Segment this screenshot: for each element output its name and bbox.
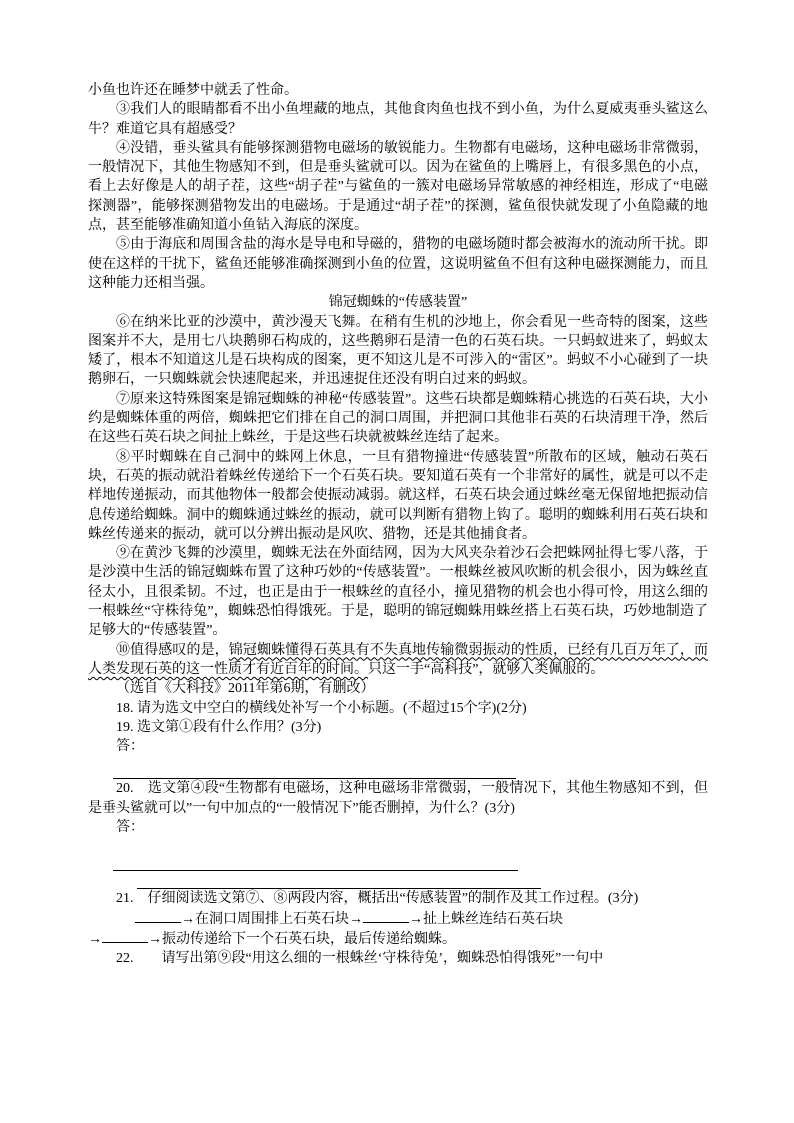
paragraph-10: ⑩值得感叹的是，锦冠蜘蛛懂得石英具有不失真地传输微弱振动的性质，已经有几百万年了… <box>88 641 708 680</box>
flow-step-3: 振动传递给下一个石英石块，最后传递给蜘蛛。 <box>162 932 456 947</box>
flow-blank-1[interactable] <box>135 909 181 923</box>
flow-arrow: → <box>181 912 195 927</box>
paragraph-7: ⑦原来这特殊图案是锦冠蜘蛛的神秘“传感装置”。这些石块都是蜘蛛精心挑选的石英石块… <box>88 390 708 448</box>
paragraph-lead-tail: 小鱼也许还在睡梦中就丢了性命。 <box>88 81 708 100</box>
document-content: 小鱼也许还在睡梦中就丢了性命。 ③我们人的眼睛都看不出小鱼埋藏的地点，其他食肉鱼… <box>88 81 708 968</box>
flow-arrow: → <box>409 912 423 927</box>
source-attribution: （选自《大科技》2011年第6期，有删改） <box>88 679 708 698</box>
paragraph-4: ④没错，垂头鲨具有能够探测猎物电磁场的敏锐能力。生物都有电磁场，这种电磁场非常微… <box>88 139 708 235</box>
flowchart-row-2: →→振动传递给下一个石英石块，最后传递给蜘蛛。 <box>88 929 708 949</box>
flow-step-2: 扯上蛛丝连结石英石块 <box>423 912 563 927</box>
flow-blank-3[interactable] <box>102 929 148 943</box>
question-19: 19. 选文第①段有什么作用？(3分) <box>88 718 708 737</box>
answer-label-q20: 答： <box>88 818 708 837</box>
paragraph-6: ⑥在纳米比亚的沙漠中，黄沙漫天飞舞。在稍有生机的沙地上，你会看见一些奇特的图案，… <box>88 313 708 390</box>
document-page: 小鱼也许还在睡梦中就丢了性命。 ③我们人的眼睛都看不出小鱼埋藏的地点，其他食肉鱼… <box>0 0 794 1123</box>
paragraph-10-suffix: 只这一手“高科技”，就够人类佩服的。 <box>368 662 604 677</box>
flow-arrow: → <box>88 932 102 947</box>
paragraph-10-prefix: ⑩值得感叹的是， <box>116 643 229 658</box>
paragraph-9: ⑨在黄沙飞舞的沙漠里，蜘蛛无法在外面结网，因为大风夹杂着沙石会把蛛网扯得七零八落… <box>88 544 708 640</box>
question-20: 20. 选文第④段“生物都有电磁场，这种电磁场非常微弱，一般情况下，其他生物感知… <box>88 779 708 818</box>
answer-blank-line-q19[interactable] <box>113 759 516 779</box>
answer-blank-line-q20-1[interactable] <box>113 851 518 871</box>
question-22: 22. 请写出第⑨段“用这么细的一根蛛丝‘守株待兔’，蜘蛛恐怕得饿死”一句中 <box>88 949 708 968</box>
article-subtitle: 锦冠蜘蛛的“传感装置” <box>88 293 708 312</box>
flow-arrow: → <box>349 912 363 927</box>
flowchart-row-1: →在洞口周围排上石英石块→→扯上蛛丝连结石英石块 <box>135 909 708 929</box>
flow-arrow: → <box>148 932 162 947</box>
paragraph-5: ⑤由于海底和周围含盐的海水是导电和导磁的，猎物的电磁场随时都会被海水的流动所干扰… <box>88 235 708 293</box>
answer-blank-line-q20-2[interactable] <box>137 871 541 889</box>
flow-step-1: 在洞口周围排上石英石块 <box>195 912 349 927</box>
paragraph-8: ⑧平时蜘蛛在自己洞中的蛛网上休息，一旦有猎物撞进“传感装置”所散布的区域，触动石… <box>88 448 708 544</box>
paragraph-3: ③我们人的眼睛都看不出小鱼埋藏的地点，其他食肉鱼也找不到小鱼，为什么夏威夷垂头鲨… <box>88 100 708 139</box>
flow-blank-2[interactable] <box>363 909 409 923</box>
question-18: 18. 请为选文中空白的横线处补写一个小标题。(不超过15个字)(2分) <box>88 699 708 718</box>
answer-label-q19: 答： <box>88 737 708 756</box>
question-21: 21. 仔细阅读选文第⑦、⑧两段内容，概括出“传感装置”的制作及其工作过程。(3… <box>88 889 708 908</box>
